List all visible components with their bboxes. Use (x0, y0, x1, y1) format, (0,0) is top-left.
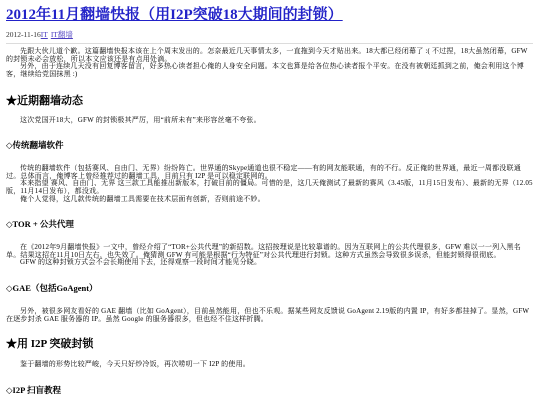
blog-post-page: 2012年11月翻墙快报（用I2P突破18大期间的封锁） 2012-11-16I… (6, 7, 533, 396)
section-heading-i2p-breakthrough: ★用 I2P 突破封锁 (6, 335, 533, 351)
tor-paragraph-2: GFW 的这种封锁方式会不会长期使用下去，还得观察一段时间才能见分晓。 (6, 259, 533, 267)
post-date: 2012-11-16 (6, 30, 41, 39)
intro-paragraph-2: 另外，由于连续几天没有回复博客留言，好多热心读者担心俺的人身安全问题。本文也算是… (6, 63, 533, 78)
dynamics-paragraph-1: 这次党国开18大，GFW 的封锁极其严厉，用“前所未有”来形容丝毫不夸张。 (6, 117, 533, 125)
i2p-paragraph-1: 鉴于翻墙的形势比较严峻，今天只好炒冷饭，再次唠叨一下 I2P 的使用。 (6, 361, 533, 369)
gae-paragraph-1: 另外，被很多网友看好的 GAE 翻墙（比如 GoAgent），目前虽然能用，但也… (6, 308, 533, 323)
post-meta: 2012-11-16ITIT翻墙 (6, 29, 533, 40)
traditional-paragraph-2: 本来指望 赛风、自由门、无界 这三款工具能推出新版本，打破目前的僵局。可惜的是，… (6, 180, 533, 195)
subsection-heading-traditional-tools: ◇传统翻墙软件 (6, 139, 533, 151)
section-heading-recent-dynamics: ★近期翻墙动态 (6, 92, 533, 108)
subsection-heading-i2p-tutorial: ◇I2P 扫盲教程 (6, 384, 533, 396)
page-title: 2012年11月翻墙快报（用I2P突破18大期间的封锁） (6, 7, 533, 24)
tag-link-it[interactable]: IT (41, 30, 48, 39)
traditional-paragraph-3: 俺个人觉得，这几款传统的翻墙工具需要在技术层面有创新，否则前途不妙。 (6, 196, 533, 204)
subsection-heading-gae: ◇GAE（包括GoAgent） (6, 282, 533, 294)
header-divider (6, 43, 533, 44)
tag-link-it-fanqiang[interactable]: IT翻墙 (51, 30, 73, 39)
post-title-link[interactable]: 2012年11月翻墙快报（用I2P突破18大期间的封锁） (6, 7, 343, 23)
subsection-heading-tor-proxy: ◇TOR + 公共代理 (6, 218, 533, 230)
